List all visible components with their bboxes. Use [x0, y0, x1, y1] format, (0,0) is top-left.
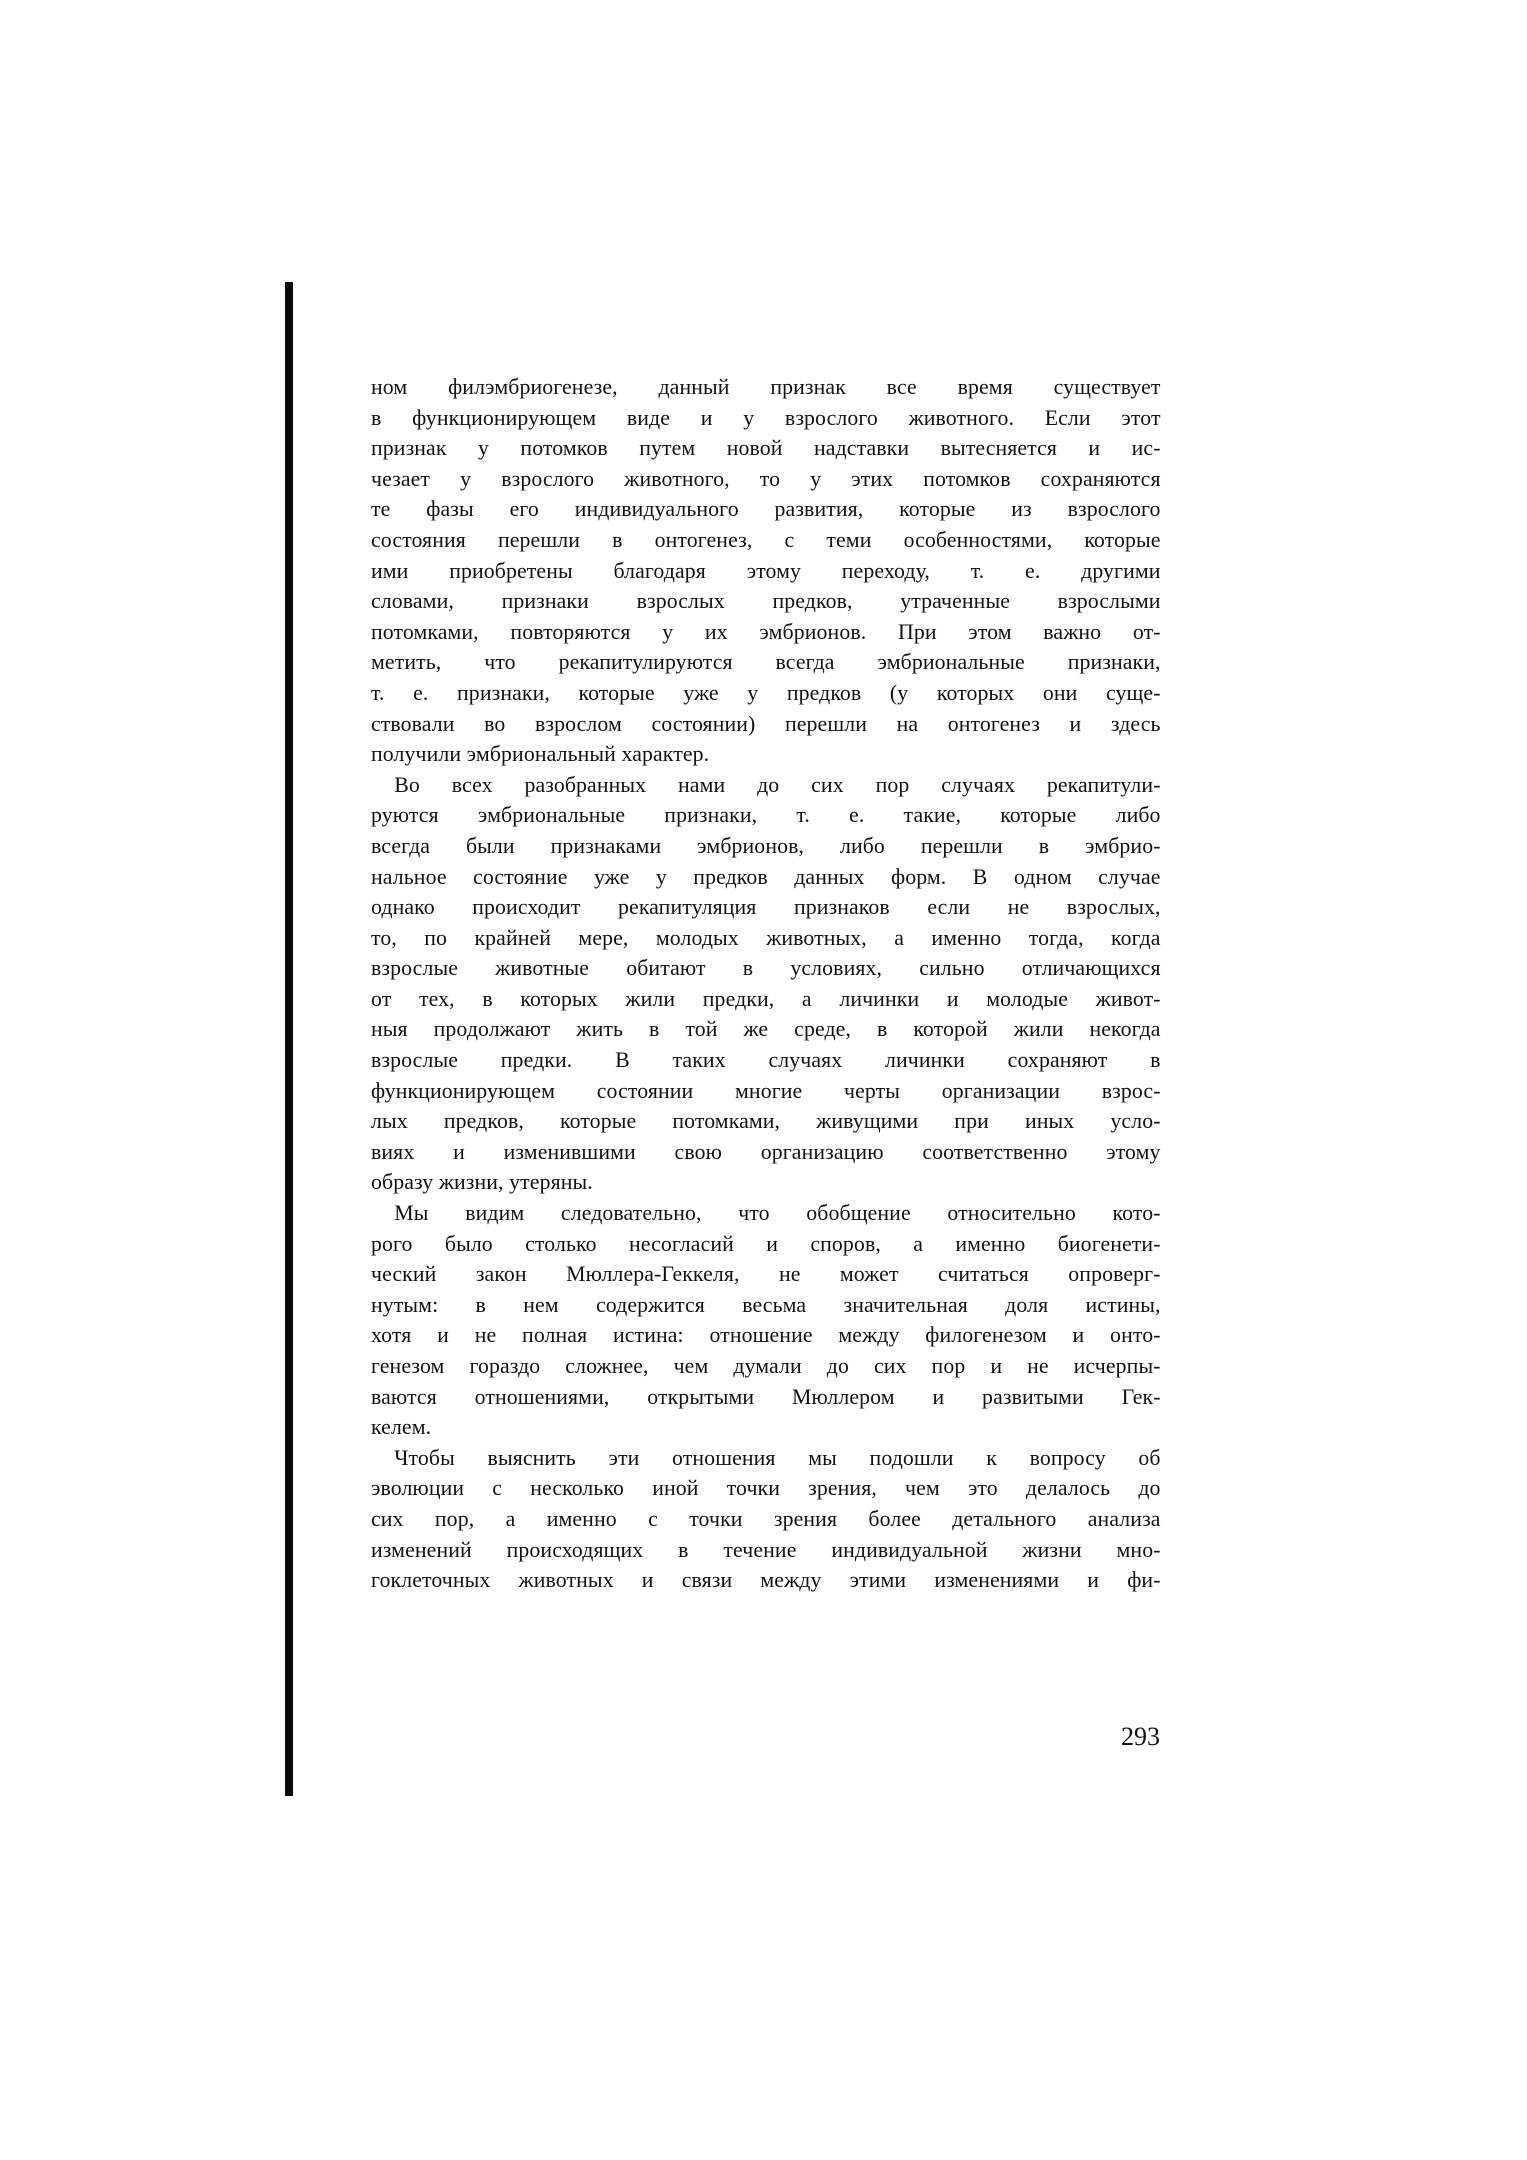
text-line: функционирующем состоянии многие черты о…: [371, 1076, 1161, 1107]
text-line: словами, признаки взрослых предков, утра…: [371, 586, 1161, 617]
text-line: в функционирующем виде и у взрослого жив…: [371, 403, 1161, 434]
text-line: то, по крайней мере, молодых животных, а…: [371, 923, 1161, 954]
paragraph: Во всех разобранных нами до сих пор случ…: [371, 770, 1161, 1198]
text-line: от тех, в которых жили предки, а личинки…: [371, 984, 1161, 1015]
text-line: нутым: в нем содержится весьма значитель…: [371, 1290, 1161, 1321]
text-line: ческий закон Мюллера-Геккеля, не может с…: [371, 1259, 1161, 1290]
text-line: состояния перешли в онтогенез, с теми ос…: [371, 525, 1161, 556]
text-line: изменений происходящих в течение индивид…: [371, 1535, 1161, 1566]
body-text: ном филэмбриогенезе, данный признак все …: [371, 372, 1161, 1596]
text-line: ваются отношениями, открытыми Мюллером и…: [371, 1382, 1161, 1413]
text-line: Мы видим следовательно, что обобщение от…: [371, 1198, 1161, 1229]
text-line: эволюции с несколько иной точки зрения, …: [371, 1473, 1161, 1504]
text-line: всегда были признаками эмбрионов, либо п…: [371, 831, 1161, 862]
text-line: ими приобретены благодаря этому переходу…: [371, 556, 1161, 587]
text-line: получили эмбриональный характер.: [371, 739, 1161, 770]
text-line: руются эмбриональные признаки, т. е. так…: [371, 800, 1161, 831]
text-line: Во всех разобранных нами до сих пор случ…: [371, 770, 1161, 801]
text-line: т. е. признаки, которые уже у предков (у…: [371, 678, 1161, 709]
text-line: метить, что рекапитулируются всегда эмбр…: [371, 647, 1161, 678]
text-line: Чтобы выяснить эти отношения мы подошли …: [371, 1443, 1161, 1474]
text-line: нальное состояние уже у предков данных ф…: [371, 862, 1161, 893]
text-line: рого было столько несогласий и споров, а…: [371, 1229, 1161, 1260]
text-line: потомками, повторяются у их эмбрионов. П…: [371, 617, 1161, 648]
paragraph: ном филэмбриогенезе, данный признак все …: [371, 372, 1161, 770]
paragraph: Чтобы выяснить эти отношения мы подошли …: [371, 1443, 1161, 1596]
scanned-book-page: ном филэмбриогенезе, данный признак все …: [0, 0, 1527, 2160]
text-line: взрослые предки. В таких случаях личинки…: [371, 1045, 1161, 1076]
text-line: образу жизни, утеряны.: [371, 1167, 1161, 1198]
text-line: генезом гораздо сложнее, чем думали до с…: [371, 1351, 1161, 1382]
page-number: 293: [1110, 1722, 1160, 1752]
text-line: хотя и не полная истина: отношение между…: [371, 1320, 1161, 1351]
text-line: однако происходит рекапитуляция признако…: [371, 892, 1161, 923]
text-line: ствовали во взрослом состоянии) перешли …: [371, 709, 1161, 740]
text-line: признак у потомков путем новой надставки…: [371, 433, 1161, 464]
text-line: чезает у взрослого животного, то у этих …: [371, 464, 1161, 495]
text-line: ном филэмбриогенезе, данный признак все …: [371, 372, 1161, 403]
text-line: виях и изменившими свою организацию соот…: [371, 1137, 1161, 1168]
text-line: те фазы его индивидуального развития, ко…: [371, 494, 1161, 525]
paragraph: Мы видим следовательно, что обобщение от…: [371, 1198, 1161, 1443]
text-line: гоклеточных животных и связи между этими…: [371, 1565, 1161, 1596]
text-line: сих пор, а именно с точки зрения более д…: [371, 1504, 1161, 1535]
text-line: ныя продолжают жить в той же среде, в ко…: [371, 1014, 1161, 1045]
text-line: взрослые животные обитают в условиях, си…: [371, 953, 1161, 984]
text-line: келем.: [371, 1412, 1161, 1443]
binding-edge-bar: [285, 282, 293, 1796]
text-line: лых предков, которые потомками, живущими…: [371, 1106, 1161, 1137]
